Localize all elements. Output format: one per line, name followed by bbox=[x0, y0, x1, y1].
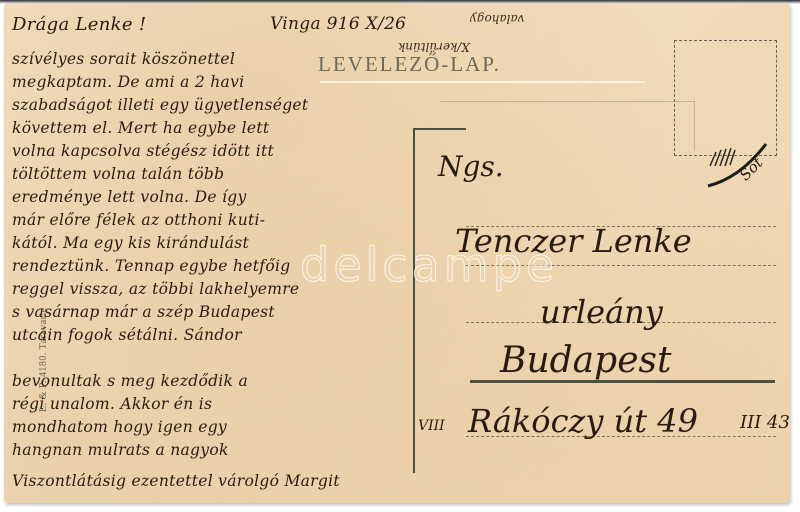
svg-text:Sot: Sot bbox=[736, 153, 767, 184]
letter-line: rendeztünk. Tennap egybe hetfőig bbox=[12, 257, 290, 275]
letter-line: megkaptam. De ami a 2 havi bbox=[12, 73, 244, 91]
divider-vertical bbox=[413, 128, 415, 473]
letter-line: kától. Ma egy kis kirándulást bbox=[12, 234, 249, 252]
letter-line: bevonultak s meg kezdődik a bbox=[12, 372, 248, 390]
letter-line: utcáin fogok sétálni. Sándor bbox=[12, 326, 242, 344]
address-apartment: III 43 bbox=[740, 412, 790, 433]
letter-line: régi unalom. Akkor én is bbox=[12, 395, 212, 413]
upside-down-note-2: X/kerültünk bbox=[398, 40, 470, 54]
address-title: urleány bbox=[540, 293, 663, 331]
printed-title: LEVELEZŐ-LAP. bbox=[318, 52, 501, 77]
faint-frame-top bbox=[440, 101, 695, 102]
divider-horizontal bbox=[413, 128, 466, 130]
letter-line: szabadságot illeti egy ügyetlenséget bbox=[12, 96, 308, 114]
letter-line: volna kapcsolva stégész idött itt bbox=[12, 142, 274, 160]
letter-line: s vasárnap már a szép Budapest bbox=[12, 303, 275, 321]
letter-line: töltöttem volna talán több bbox=[12, 165, 224, 183]
header-date: Vinga 916 X/26 bbox=[270, 14, 406, 34]
letter-line: szívélyes sorait köszönettel bbox=[12, 50, 235, 68]
letter-line: reggel vissza, az többi lakhelyemre bbox=[12, 280, 299, 298]
letter-line: mondhatom hogy igen egy bbox=[12, 418, 227, 436]
watermark: delcampe bbox=[300, 238, 558, 292]
letter-line: hangnan mulrats a nagyok bbox=[12, 441, 229, 459]
address-salutation: Ngs. bbox=[438, 150, 504, 183]
letter-line: már előre félek az otthoni kuti- bbox=[12, 211, 265, 229]
letter-line: Drága Lenke ! bbox=[12, 14, 146, 35]
address-street: Rákóczy út 49 bbox=[468, 402, 698, 440]
letter-line: Viszontlátásig ezentettel várolgó Margit bbox=[12, 472, 340, 490]
postmark-icon: Sot bbox=[700, 138, 770, 188]
upside-down-note-1: valahogy bbox=[470, 12, 524, 26]
letter-line: eredménye lett volna. De így bbox=[12, 188, 247, 206]
embossed-line bbox=[320, 81, 645, 83]
address-district: VIII bbox=[418, 418, 445, 434]
letter-line: követtem el. Mert ha egybe lett bbox=[12, 119, 269, 137]
address-city: Budapest bbox=[500, 340, 671, 381]
